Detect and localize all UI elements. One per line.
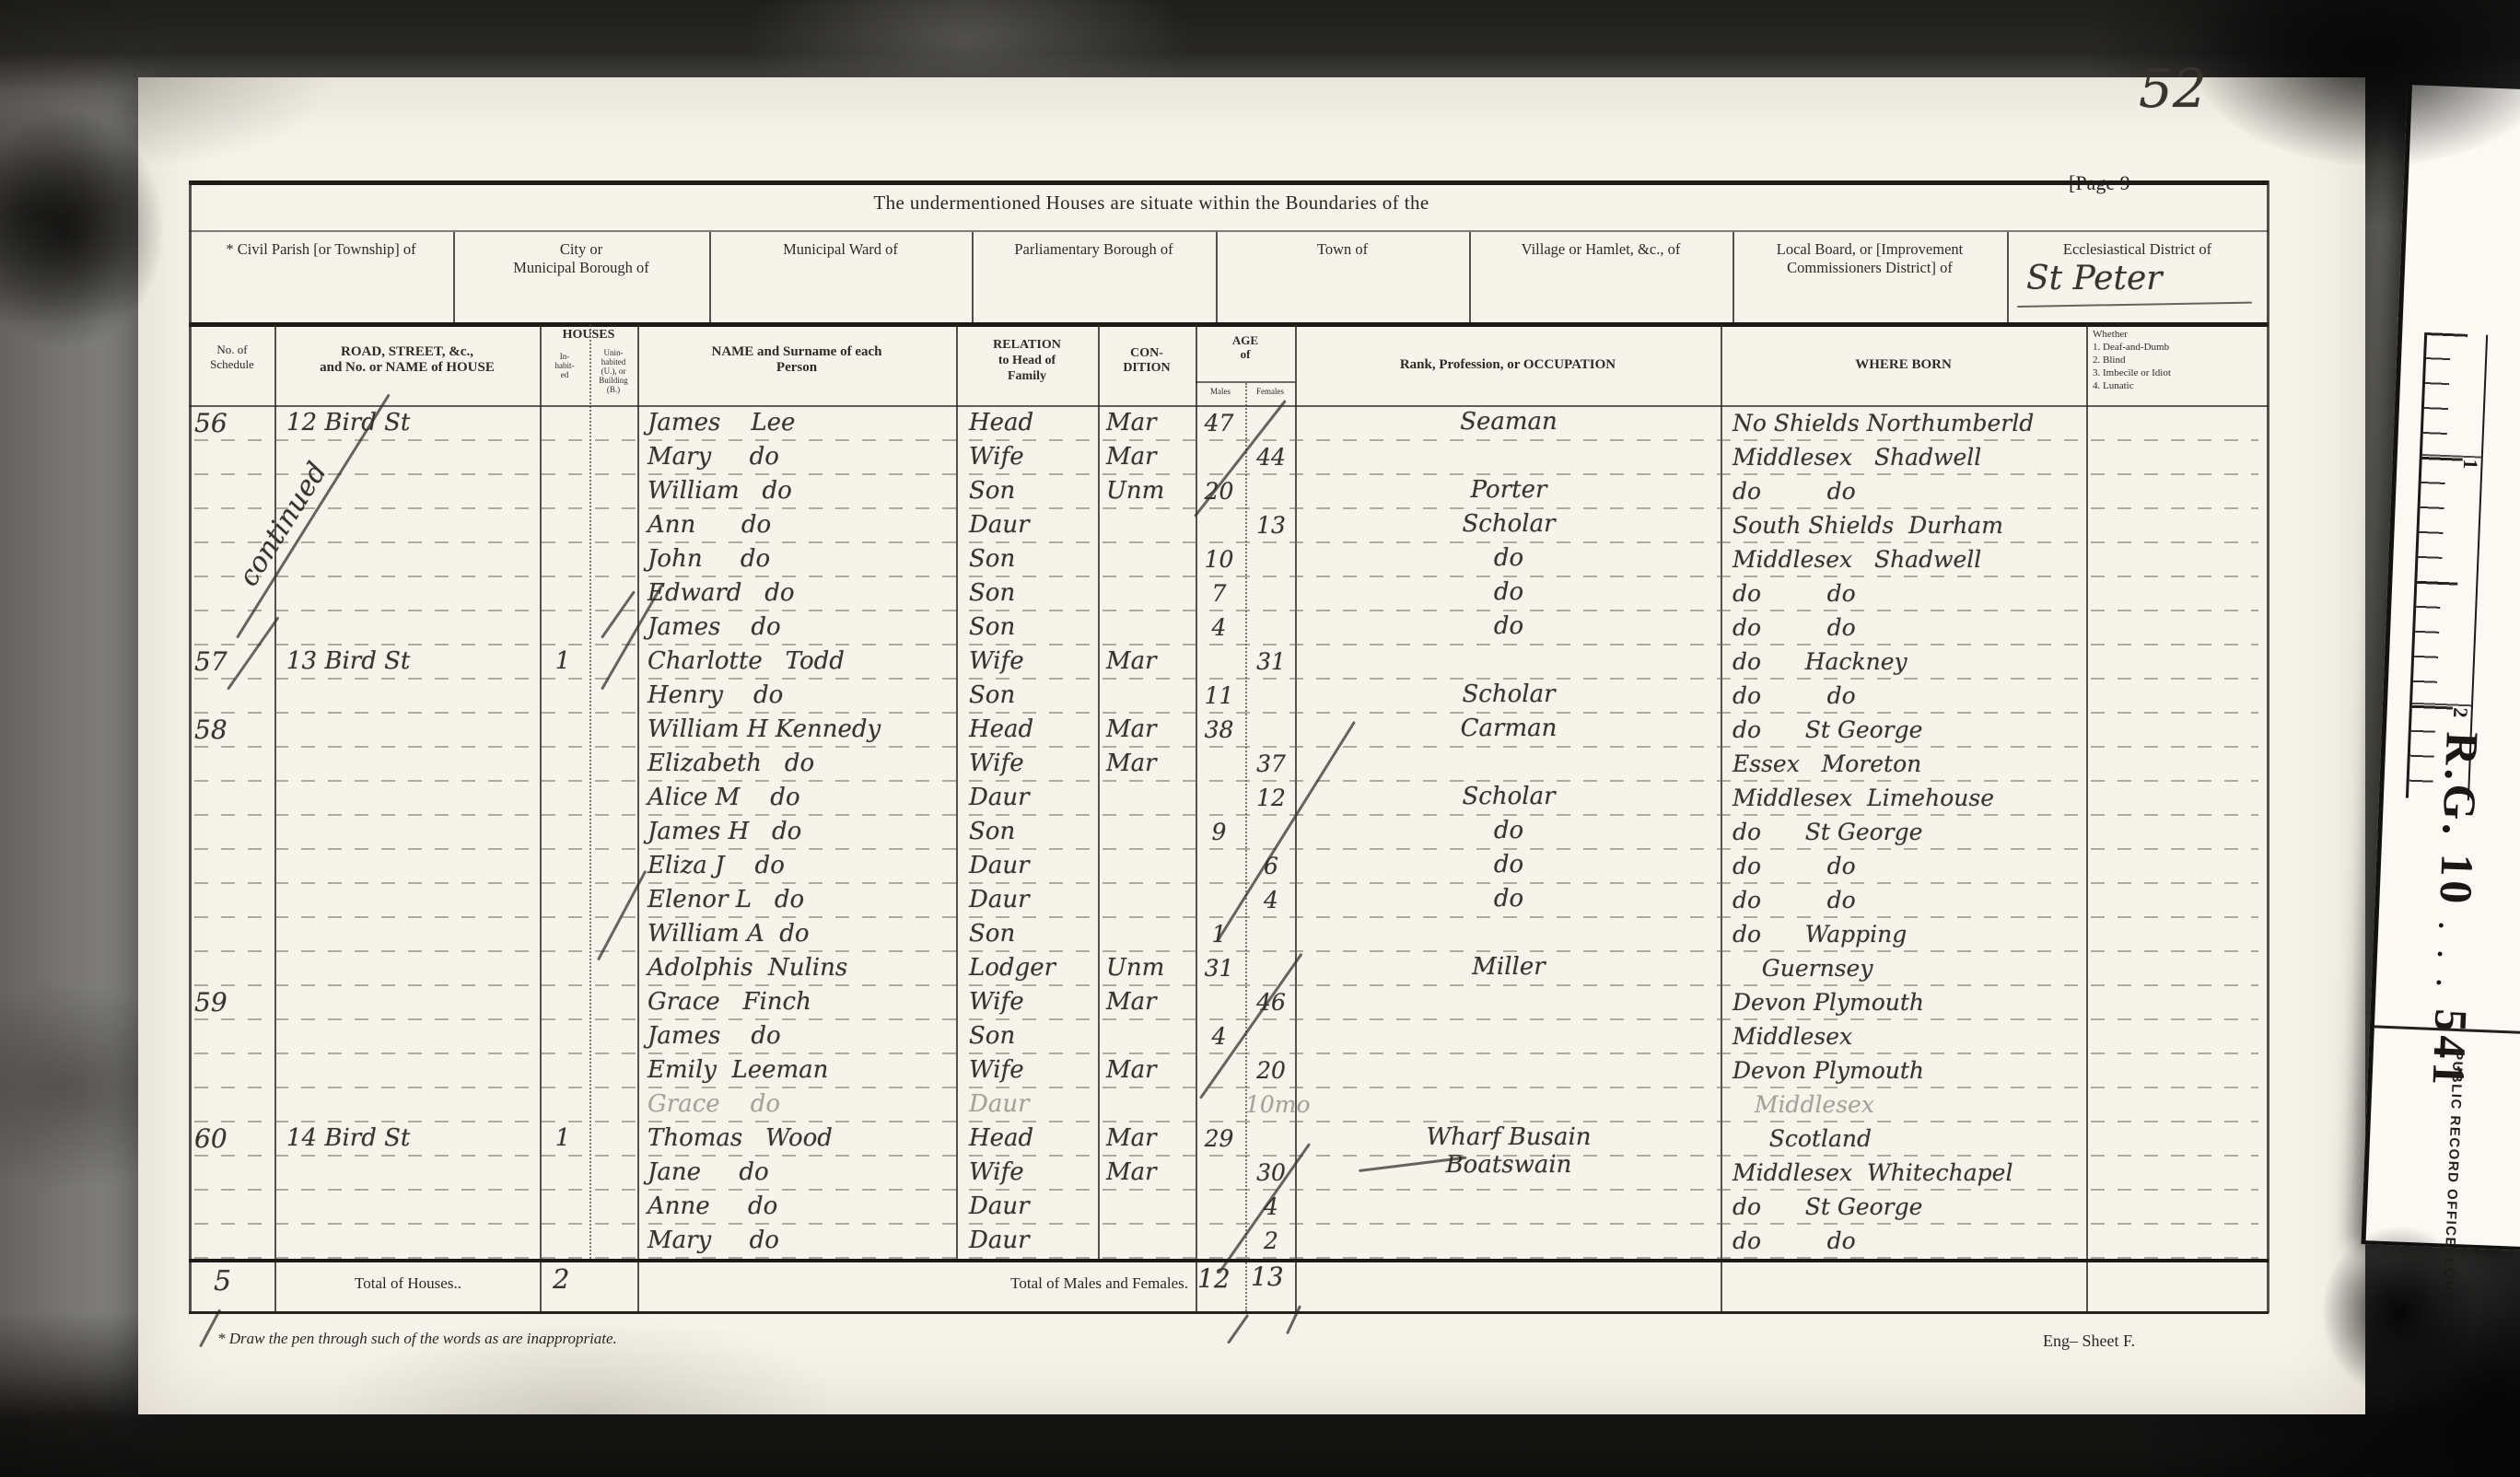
name-cell: Charlotte Todd xyxy=(647,646,955,677)
occupation-cell: do xyxy=(1297,885,1721,913)
footnote: * Draw the pen through such of the words… xyxy=(217,1330,617,1348)
name-cell: Grace do xyxy=(647,1089,955,1120)
relation-cell: Daur xyxy=(956,1192,1109,1222)
name-cell: Ann do xyxy=(647,510,955,541)
relation-cell: Daur xyxy=(956,783,1109,813)
table-row: Jane do Wife Mar 30 Middlesex Whitechape… xyxy=(189,1157,2268,1191)
census-rows: 56 12 Bird St James Lee Head Mar 47 Seam… xyxy=(189,407,2268,1259)
name-cell: Grace Finch xyxy=(647,987,955,1018)
occupation-cell: Miller xyxy=(1297,953,1721,981)
relation-cell: Son xyxy=(956,578,1109,609)
where-born-cell: Middlesex xyxy=(1723,1089,2130,1120)
name-cell: Mary do xyxy=(647,1226,955,1256)
age-female-cell: 37 xyxy=(1245,749,1297,779)
relation-cell: Daur xyxy=(956,1089,1109,1120)
table-row: John do Son 10 do Middlesex Shadwell xyxy=(189,543,2268,577)
age-male-cell: 47 xyxy=(1193,408,1245,438)
age-male-cell: 11 xyxy=(1193,680,1245,711)
occupation-cell: Porter xyxy=(1297,476,1721,504)
occupation-cell: do xyxy=(1297,578,1721,606)
table-top-rule xyxy=(189,322,2269,327)
where-born-cell: do do xyxy=(1723,885,2130,915)
occupation-cell: do xyxy=(1297,817,1721,844)
relation-cell: Wife xyxy=(956,749,1109,779)
form-top-rule xyxy=(189,180,2269,185)
relation-cell: Daur xyxy=(956,851,1109,881)
age-male-cell: 20 xyxy=(1193,476,1245,506)
schedule-cell: 60 xyxy=(194,1123,274,1154)
table-row: Ann do Daur 13 Scholar South Shields Dur… xyxy=(189,509,2268,543)
ecclesiastical-district-value: St Peter xyxy=(2026,260,2162,297)
where-born-cell: Middlesex Whitechapel xyxy=(1723,1157,2130,1188)
header-civil-parish: * Civil Parish [or Township] of xyxy=(189,234,453,329)
where-born-cell: do Wapping xyxy=(1723,919,2130,949)
header-divider xyxy=(1732,232,1734,322)
name-cell: Edward do xyxy=(647,578,955,609)
total-males-value: 12 xyxy=(1197,1263,1231,1294)
header-divider xyxy=(1469,232,1471,322)
table-row: 59 Grace Finch Wife Mar 46 Devon Plymout… xyxy=(189,986,2268,1020)
total-houses-value: 2 xyxy=(553,1263,569,1295)
occupation-cell: do xyxy=(1297,851,1721,878)
col-age-males: Males xyxy=(1196,387,1245,396)
name-cell: James do xyxy=(647,1021,955,1052)
header-village-hamlet: Village or Hamlet, &c., of xyxy=(1469,234,1732,329)
schedule-cell: 57 xyxy=(194,646,274,677)
name-cell: Eliza J do xyxy=(647,851,955,881)
relation-cell: Lodger xyxy=(956,953,1109,983)
name-cell: Emily Leeman xyxy=(647,1055,955,1086)
col-where-born: WHERE BORN xyxy=(1721,357,2086,373)
col-road: ROAD, STREET, &c., and No. or NAME of HO… xyxy=(276,344,538,376)
table-row: 58 William H Kennedy Head Mar 38 Carman … xyxy=(189,714,2268,748)
name-cell: William do xyxy=(647,476,955,506)
occupation-cell: Scholar xyxy=(1297,510,1721,538)
where-born-cell: do do xyxy=(1723,578,2130,609)
header-divider xyxy=(709,232,711,322)
header-divider xyxy=(2007,232,2009,322)
condition-cell: Mar xyxy=(1099,749,1200,779)
where-born-cell: do do xyxy=(1723,1226,2130,1256)
table-row: Alice M do Daur 12 Scholar Middlesex Lim… xyxy=(189,782,2268,816)
schedule-total: 5 xyxy=(214,1265,231,1297)
name-cell: Alice M do xyxy=(647,783,955,813)
where-born-cell: Middlesex Limehouse xyxy=(1723,783,2130,813)
road-cell: 14 Bird St xyxy=(279,1123,546,1154)
table-row: Henry do Son 11 Scholar do do xyxy=(189,680,2268,714)
condition-cell: Mar xyxy=(1099,442,1200,472)
record-group-label: R.G. 10 xyxy=(2430,731,2489,909)
road-cell: 12 Bird St xyxy=(279,408,546,438)
where-born-cell: Essex Moreton xyxy=(1723,749,2130,779)
where-born-cell: Middlesex xyxy=(1723,1021,2130,1052)
table-row: Grace do Daur 10mo Middlesex xyxy=(189,1088,2268,1122)
schedule-cell: 59 xyxy=(194,987,274,1018)
relation-cell: Son xyxy=(956,919,1109,949)
page-title: The undermentioned Houses are situate wi… xyxy=(553,192,1750,215)
condition-cell: Unm xyxy=(1099,953,1200,983)
age-male-cell: 4 xyxy=(1193,612,1245,643)
age-female-cell: 12 xyxy=(1245,783,1297,813)
header-town: Town of xyxy=(1216,234,1469,329)
header-municipal-ward: Municipal Ward of xyxy=(709,234,972,329)
where-born-cell: No Shields Northumberld xyxy=(1723,408,2130,438)
where-born-cell: do St George xyxy=(1723,1192,2130,1222)
table-row: Anne do Daur 4 do St George xyxy=(189,1191,2268,1225)
where-born-cell: do St George xyxy=(1723,715,2130,745)
relation-cell: Son xyxy=(956,1021,1109,1052)
name-cell: Elizabeth do xyxy=(647,749,955,779)
table-row: Eliza J do Daur 6 do do do xyxy=(189,850,2268,884)
table-row: James do Son 4 do do do xyxy=(189,611,2268,645)
table-row: James H do Son 9 do do St George xyxy=(189,816,2268,850)
condition-cell: Mar xyxy=(1099,987,1200,1018)
col-occupation: Rank, Profession, or OCCUPATION xyxy=(1295,357,1721,373)
where-born-cell: South Shields Durham xyxy=(1723,510,2130,541)
table-row: Edward do Son 7 do do do xyxy=(189,577,2268,611)
where-born-cell: do do xyxy=(1723,851,2130,881)
where-born-cell: do Hackney xyxy=(1723,646,2130,677)
table-row: 57 13 Bird St 1 Charlotte Todd Wife Mar … xyxy=(189,645,2268,680)
age-female-cell: 20 xyxy=(1245,1055,1297,1086)
table-row: William do Son Unm 20 Porter do do xyxy=(189,475,2268,509)
name-cell: Jane do xyxy=(647,1157,955,1188)
where-born-cell: do St George xyxy=(1723,817,2130,847)
header-box-top-rule xyxy=(189,230,2269,232)
where-born-cell: Middlesex Shadwell xyxy=(1723,442,2130,472)
table-row: Adolphis Nulins Lodger Unm 31 Miller Gue… xyxy=(189,952,2268,986)
table-row: 56 12 Bird St James Lee Head Mar 47 Seam… xyxy=(189,407,2268,441)
age-male-cell: 7 xyxy=(1193,578,1245,609)
totals-top-rule xyxy=(189,1259,2269,1262)
occupation-cell: Scholar xyxy=(1297,783,1721,810)
dots-leader: . . . xyxy=(2430,922,2463,994)
relation-cell: Daur xyxy=(956,885,1109,915)
occupation-cell: Carman xyxy=(1297,715,1721,742)
where-born-cell: Scotland xyxy=(1723,1123,2130,1154)
age-female-cell: 10mo xyxy=(1245,1089,1297,1120)
table-row: Elenor L do Daur 4 do do do xyxy=(189,884,2268,918)
age-female-cell: 2 xyxy=(1245,1226,1297,1256)
col-inhabited: In- habit- ed xyxy=(542,352,588,379)
where-born-cell: Middlesex Shadwell xyxy=(1723,544,2130,575)
occupation-cell: do xyxy=(1297,612,1721,640)
age-female-cell: 44 xyxy=(1245,442,1297,472)
schedule-cell: 58 xyxy=(194,715,274,745)
relation-cell: Wife xyxy=(956,1157,1109,1188)
condition-cell: Mar xyxy=(1099,1123,1200,1154)
condition-cell: Mar xyxy=(1099,1157,1200,1188)
relation-cell: Son xyxy=(956,544,1109,575)
relation-cell: Son xyxy=(956,612,1109,643)
scan-artifact xyxy=(2321,1225,2478,1400)
name-cell: Thomas Wood xyxy=(647,1123,955,1154)
table-bottom-rule xyxy=(189,1311,2269,1314)
inhabited-cell: 1 xyxy=(537,646,589,677)
col-name: NAME and Surname of each Person xyxy=(637,344,956,376)
total-houses-label: Total of Houses.. xyxy=(286,1274,531,1293)
name-cell: James do xyxy=(647,612,955,643)
header-divider xyxy=(972,232,974,322)
age-male-cell: 9 xyxy=(1193,817,1245,847)
sheet-label: Eng– Sheet F. xyxy=(2043,1332,2135,1351)
inhabited-cell: 1 xyxy=(537,1123,589,1154)
name-cell: Mary do xyxy=(647,442,955,472)
age-male-cell: 10 xyxy=(1193,544,1245,575)
age-male-cell: 38 xyxy=(1193,715,1245,745)
relation-cell: Daur xyxy=(956,1226,1109,1256)
relation-cell: Daur xyxy=(956,510,1109,541)
col-uninhabited: Unin- habited (U.), or Building (B.) xyxy=(589,348,637,394)
name-cell: John do xyxy=(647,544,955,575)
relation-cell: Son xyxy=(956,680,1109,711)
condition-cell: Mar xyxy=(1099,408,1200,438)
occupation-cell: Scholar xyxy=(1297,680,1721,708)
col-relation: RELATION to Head of Family xyxy=(956,337,1098,384)
age-female-cell: 13 xyxy=(1245,510,1297,541)
col-schedule: No. of Schedule xyxy=(190,343,274,372)
where-born-cell: Guernsey xyxy=(1723,953,2130,983)
condition-cell: Mar xyxy=(1099,715,1200,745)
relation-cell: Head xyxy=(956,715,1109,745)
table-row: Elizabeth do Wife Mar 37 Essex Moreton xyxy=(189,748,2268,782)
relation-cell: Head xyxy=(956,1123,1109,1154)
name-cell: William A do xyxy=(647,919,955,949)
header-parliamentary-borough: Parliamentary Borough of xyxy=(972,234,1216,329)
name-cell: James Lee xyxy=(647,408,955,438)
relation-cell: Wife xyxy=(956,987,1109,1018)
where-born-cell: Devon Plymouth xyxy=(1723,987,2130,1018)
occupation-cell: do xyxy=(1297,544,1721,572)
col-condition: CON- DITION xyxy=(1098,346,1196,376)
age-female-cell: 31 xyxy=(1245,646,1297,677)
total-males-females-label: Total of Males and Females. xyxy=(829,1274,1188,1293)
where-born-cell: do do xyxy=(1723,476,2130,506)
name-cell: Elenor L do xyxy=(647,885,955,915)
schedule-cell: 56 xyxy=(194,408,274,438)
where-born-cell: Devon Plymouth xyxy=(1723,1055,2130,1086)
relation-cell: Wife xyxy=(956,442,1109,472)
name-cell: Adolphis Nulins xyxy=(647,953,955,983)
relation-cell: Son xyxy=(956,817,1109,847)
name-cell: Henry do xyxy=(647,680,955,711)
header-divider xyxy=(453,232,455,322)
ruler-number-1: 1 xyxy=(2458,459,2482,470)
where-born-cell: do do xyxy=(1723,612,2130,643)
relation-cell: Son xyxy=(956,476,1109,506)
name-cell: Anne do xyxy=(647,1192,955,1222)
archive-reference-strip: 1 2 R.G. 10 . . . 541 PUBLIC RECORD OFFI… xyxy=(2361,85,2520,1250)
header-divider xyxy=(1216,232,1218,322)
condition-cell: Mar xyxy=(1099,1055,1200,1086)
table-row: 60 14 Bird St 1 Thomas Wood Head Mar 29 … xyxy=(189,1122,2268,1157)
col-whether-disabled: Whether 1. Deaf-and-Dumb 2. Blind 3. Imb… xyxy=(2093,328,2266,392)
road-cell: 13 Bird St xyxy=(279,646,546,677)
col-houses: HOUSES xyxy=(540,328,637,343)
age-male-cell: 29 xyxy=(1193,1123,1245,1154)
census-scan: 52 [Page 9 The undermentioned Houses are… xyxy=(0,0,2520,1477)
col-age-females: Females xyxy=(1245,387,1295,396)
name-cell: James H do xyxy=(647,817,955,847)
age-female-cell: 46 xyxy=(1245,987,1297,1018)
col-age: AGE of xyxy=(1196,333,1295,361)
condition-cell: Mar xyxy=(1099,646,1200,677)
header-municipal-borough: City or Municipal Borough of xyxy=(453,234,709,329)
table-row: James do Son 4 Middlesex xyxy=(189,1020,2268,1054)
where-born-cell: do do xyxy=(1723,680,2130,711)
relation-cell: Wife xyxy=(956,646,1109,677)
ruler-number-2: 2 xyxy=(2448,707,2472,718)
relation-cell: Head xyxy=(956,408,1109,438)
header-local-board: Local Board, or [Improvement Commissione… xyxy=(1732,234,2007,329)
age-female-cell: 4 xyxy=(1245,885,1297,915)
name-cell: William H Kennedy xyxy=(647,715,955,745)
ruler xyxy=(2406,332,2488,800)
age-male-cell: 31 xyxy=(1193,953,1245,983)
total-females-value: 13 xyxy=(1251,1262,1284,1292)
table-row: Mary do Daur 2 do do xyxy=(189,1225,2268,1259)
condition-cell: Unm xyxy=(1099,476,1200,506)
occupation-cell: Seaman xyxy=(1297,408,1721,436)
relation-cell: Wife xyxy=(956,1055,1109,1086)
